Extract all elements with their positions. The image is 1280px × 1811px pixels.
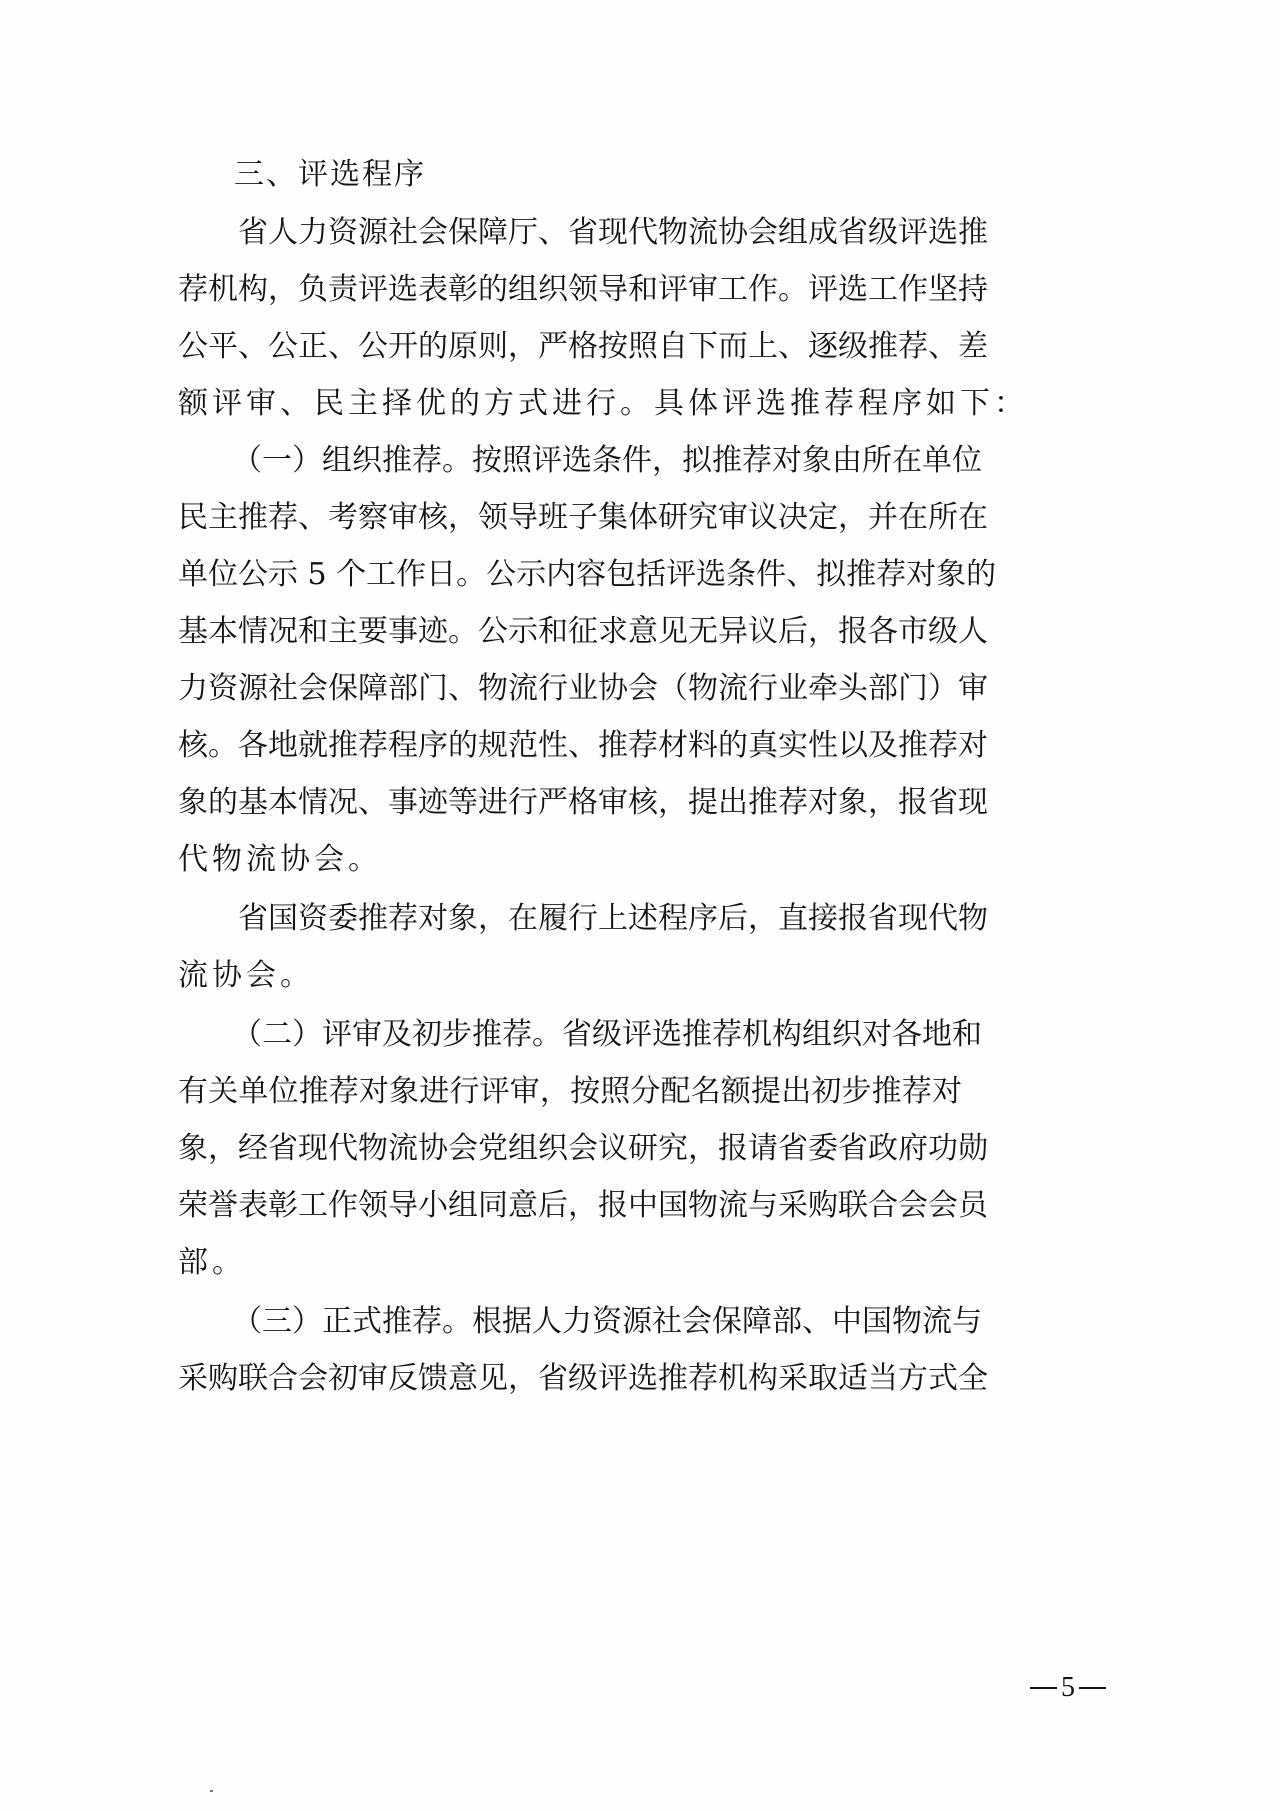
paragraph-line: 公平、公正、公开的原则，严格按照自下而上、逐级推荐、差 bbox=[178, 318, 962, 375]
paragraph-line: 省国资委推荐对象，在履行上述程序后，直接报省现代物 bbox=[238, 890, 962, 947]
document-page: 三、评选程序 省人力资源社会保障厅、省现代物流协会组成省级评选推 荐机构，负责评… bbox=[0, 0, 1280, 1811]
paragraph-line: 有关单位推荐对象进行评审，按照分配名额提出初步推荐对 bbox=[178, 1063, 962, 1120]
paragraph-line: 荣誉表彰工作领导小组同意后，报中国物流与采购联合会会员 bbox=[178, 1177, 962, 1234]
paragraph-line: 基本情况和主要事迹。公示和征求意见无异议后，报各市级人 bbox=[178, 603, 962, 660]
paragraph-line: 核。各地就推荐程序的规范性、推荐材料的真实性以及推荐对 bbox=[178, 717, 962, 774]
paragraph-line: 象，经省现代物流协会党组织会议研究，报请省委省政府功勋 bbox=[178, 1120, 962, 1177]
paragraph-line: （二）评审及初步推荐。省级评选推荐机构组织对各地和 bbox=[232, 1006, 962, 1063]
paragraph-line: 代物流协会。 bbox=[178, 831, 962, 888]
page-number: 5 bbox=[1030, 1668, 1190, 1708]
page-number-value: 5 bbox=[1061, 1668, 1075, 1708]
paragraph-line: 民主推荐、考察审核，领导班子集体研究审议决定，并在所在 bbox=[178, 489, 962, 546]
paragraph-line: 流协会。 bbox=[178, 947, 962, 1004]
dash-left-icon bbox=[1030, 1687, 1057, 1689]
scan-speck bbox=[210, 1790, 213, 1792]
paragraph-line: 象的基本情况、事迹等进行严格审核，提出推荐对象，报省现 bbox=[178, 774, 962, 831]
paragraph-line: 额评审、民主择优的方式进行。具体评选推荐程序如下： bbox=[178, 375, 962, 432]
paragraph-line: 采购联合会初审反馈意见，省级评选推荐机构采取适当方式全 bbox=[178, 1350, 962, 1407]
paragraph-line: （三）正式推荐。根据人力资源社会保障部、中国物流与 bbox=[232, 1293, 962, 1350]
paragraph-line: 单位公示 5 个工作日。公示内容包括评选条件、拟推荐对象的 bbox=[178, 546, 962, 603]
paragraph-line: 部。 bbox=[178, 1234, 962, 1291]
paragraph-line: （一）组织推荐。按照评选条件，拟推荐对象由所在单位 bbox=[232, 432, 962, 489]
paragraph-line: 省人力资源社会保障厅、省现代物流协会组成省级评选推 bbox=[238, 204, 962, 261]
dash-right-icon bbox=[1079, 1687, 1106, 1689]
paragraph-line: 力资源社会保障部门、物流行业协会（物流行业牵头部门）审 bbox=[178, 660, 962, 717]
paragraph-line: 荐机构，负责评选表彰的组织领导和评审工作。评选工作坚持 bbox=[178, 261, 962, 318]
section-heading: 三、评选程序 bbox=[234, 146, 534, 203]
